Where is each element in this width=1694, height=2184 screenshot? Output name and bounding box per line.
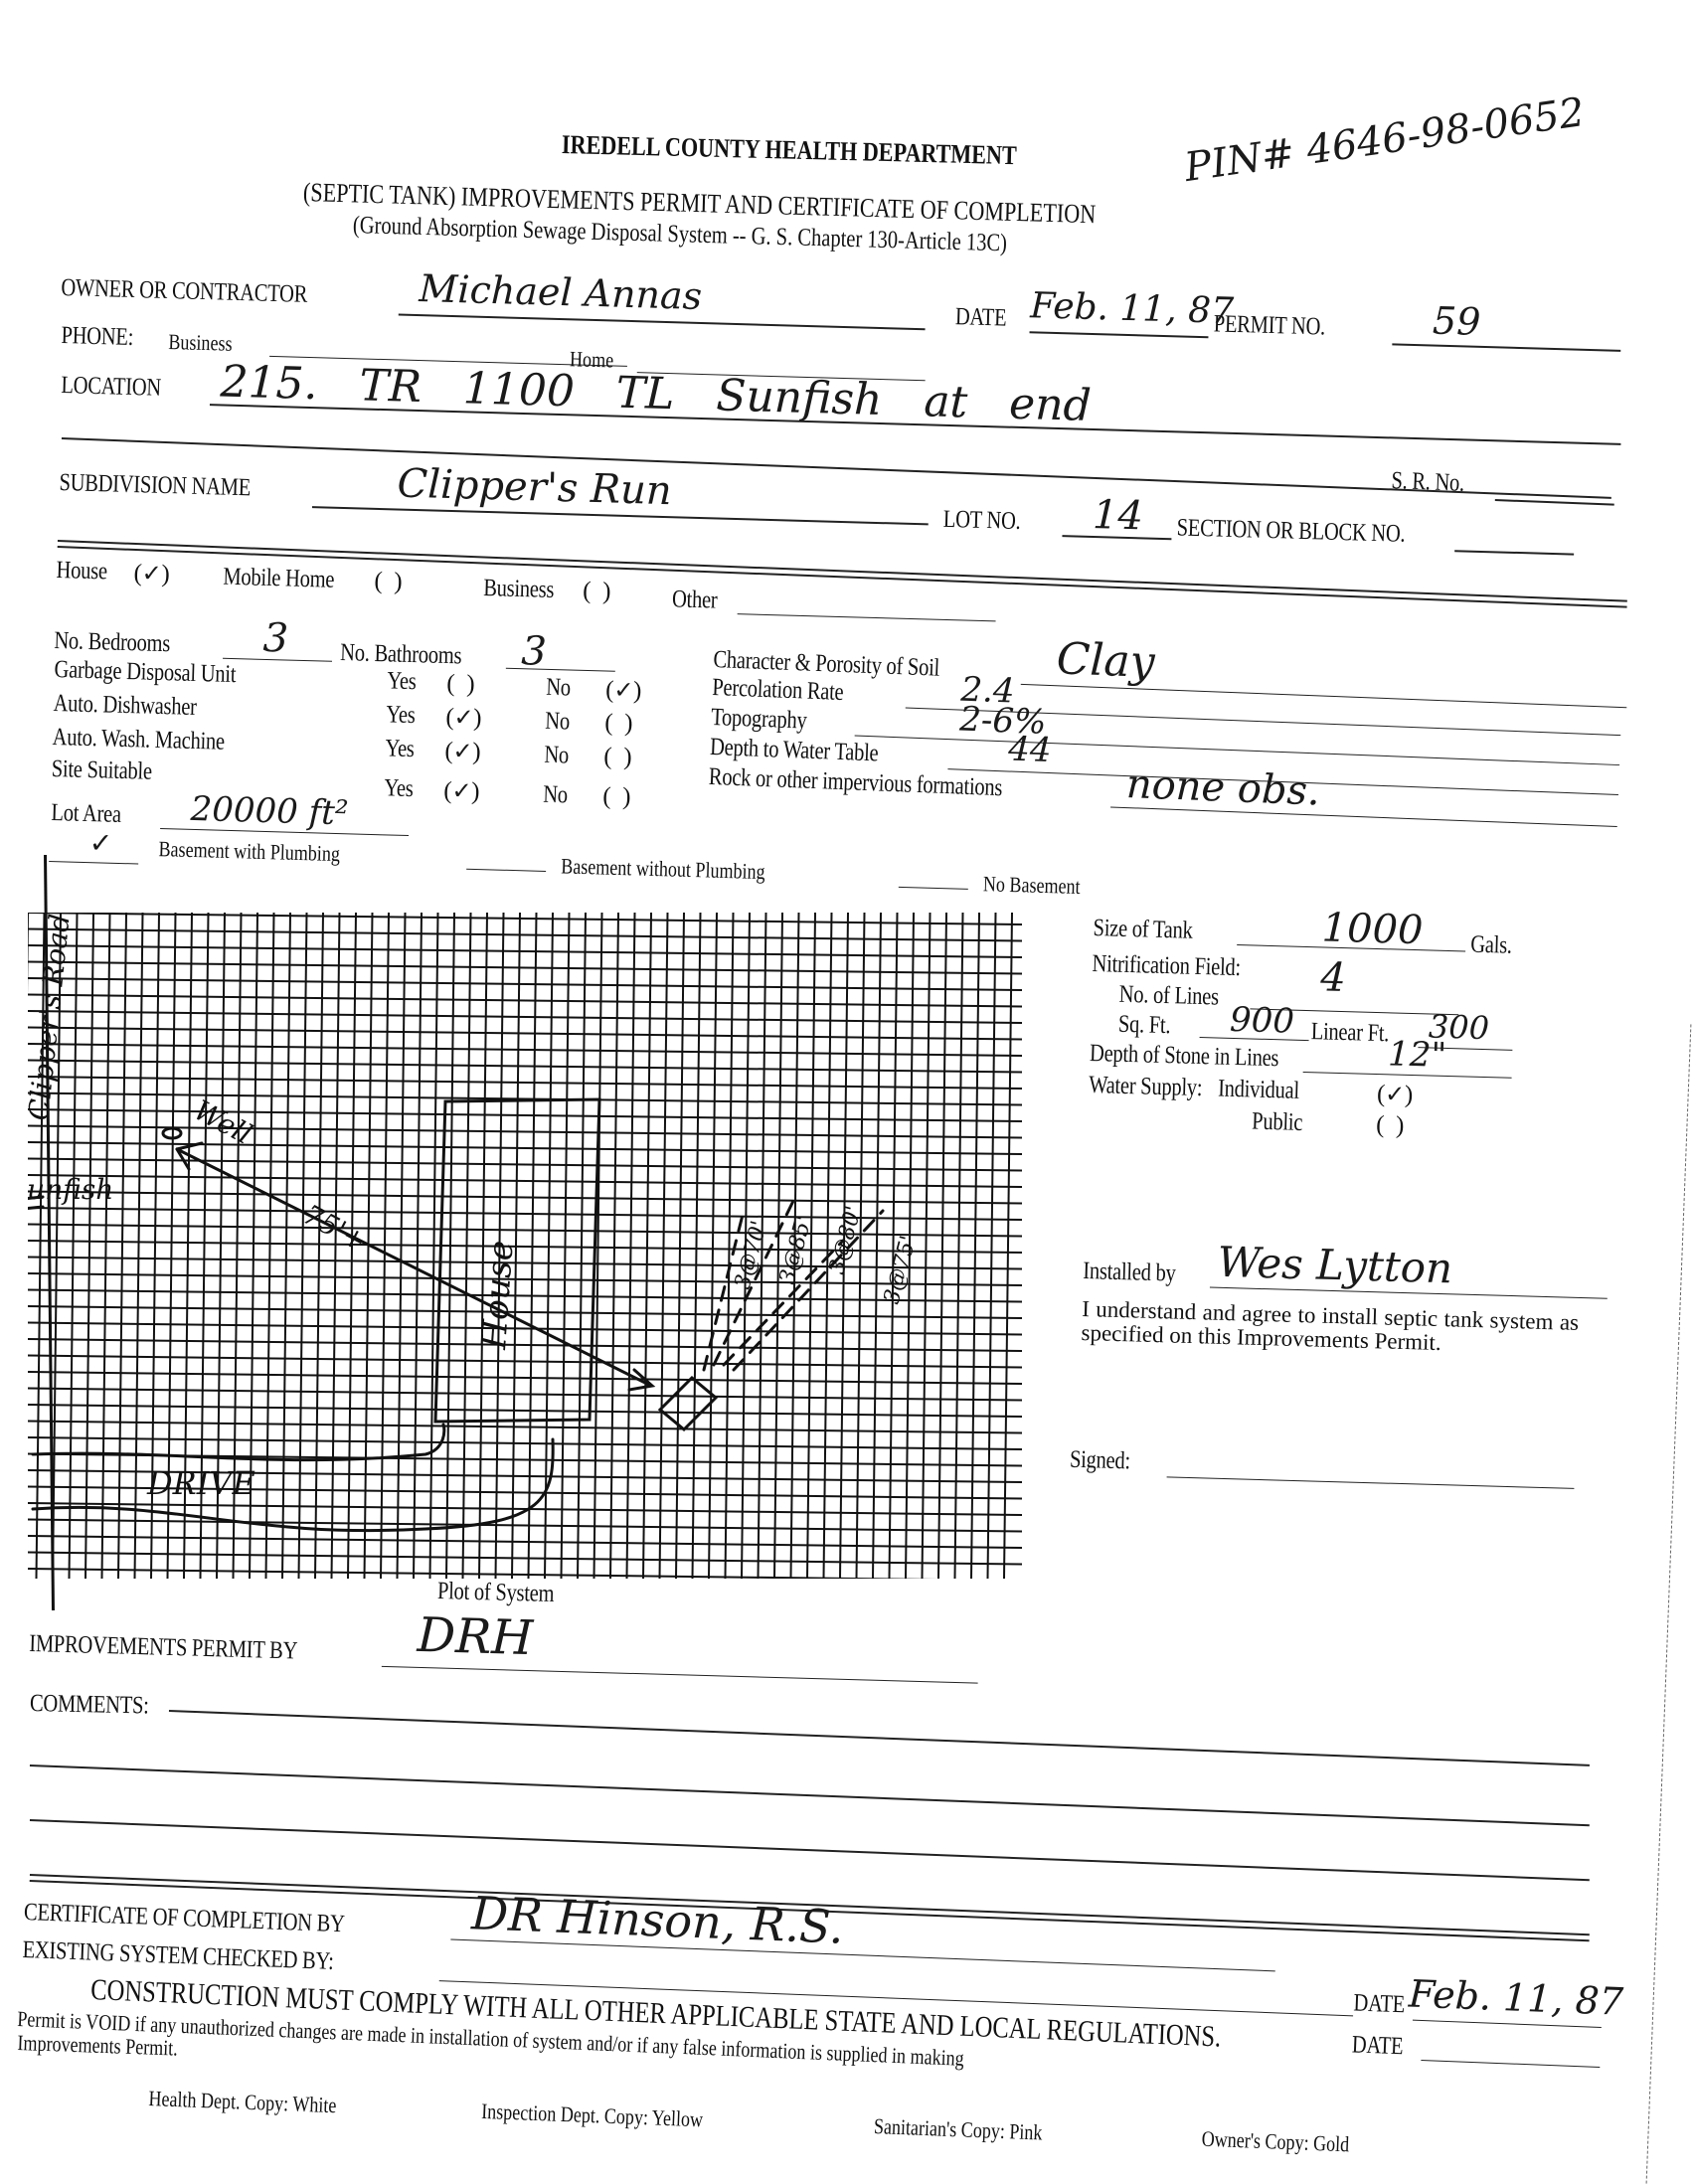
rock-value[interactable]: none obs. bbox=[1125, 761, 1321, 814]
house-label: House bbox=[56, 557, 107, 586]
mobile-home-label: Mobile Home bbox=[223, 564, 334, 594]
sqft-value[interactable]: 900 bbox=[1230, 1000, 1295, 1042]
certificate-date-label: DATE bbox=[1353, 1989, 1405, 2019]
department-title: IREDELL COUNTY HEALTH DEPARTMENT bbox=[562, 129, 1018, 171]
phone-business-label: Business bbox=[168, 329, 233, 357]
wash-machine-yes-checkbox[interactable]: (✓) bbox=[444, 737, 481, 766]
plot-label-road-horizontal: Sunfish bbox=[28, 1173, 113, 1206]
basement-without-plumbing-check[interactable] bbox=[466, 869, 546, 872]
individual-label: Individual bbox=[1218, 1076, 1300, 1105]
subdivision-label: SUBDIVISION NAME bbox=[59, 469, 251, 502]
tank-unit: Gals. bbox=[1470, 931, 1512, 960]
public-label: Public bbox=[1252, 1108, 1303, 1137]
comments-field-line-3[interactable] bbox=[30, 1819, 1590, 1881]
permit-by-value[interactable]: DRH bbox=[417, 1607, 534, 1666]
other-field[interactable] bbox=[738, 613, 996, 621]
permit-no-value[interactable]: 59 bbox=[1432, 299, 1481, 344]
bedrooms-value[interactable]: 3 bbox=[262, 615, 289, 662]
scan-edge bbox=[1646, 1024, 1692, 2183]
soil-character-value[interactable]: Clay bbox=[1056, 633, 1156, 688]
linear-ft-label: Linear Ft. bbox=[1310, 1018, 1389, 1048]
lot-area-label: Lot Area bbox=[51, 799, 121, 829]
location-label: LOCATION bbox=[61, 372, 161, 403]
owner-label: OWNER OR CONTRACTOR bbox=[61, 274, 307, 309]
certificate-date-value[interactable]: Feb. 11, 87 bbox=[1408, 1972, 1624, 2024]
water-table-value[interactable]: 44 bbox=[1007, 729, 1052, 770]
certificate-by-label: CERTIFICATE OF COMPLETION BY bbox=[24, 1899, 346, 1938]
installed-by-value[interactable]: Wes Lytton bbox=[1217, 1238, 1453, 1293]
other-label: Other bbox=[672, 586, 718, 614]
stone-depth-label: Depth of Stone in Lines bbox=[1090, 1040, 1279, 1073]
installer-agreement: I understand and agree to install septic… bbox=[1081, 1297, 1579, 1359]
copy-health-dept: Health Dept. Copy: White bbox=[148, 2086, 337, 2118]
basement-with-plumbing-label: Basement with Plumbing bbox=[158, 836, 340, 867]
sqft-label: Sq. Ft. bbox=[1118, 1011, 1171, 1040]
water-supply-label: Water Supply: bbox=[1089, 1072, 1203, 1102]
plot-label-road-vertical: Clipper's Road bbox=[28, 913, 77, 1122]
no-basement-check[interactable] bbox=[899, 887, 968, 890]
basement-without-plumbing-label: Basement without Plumbing bbox=[561, 853, 765, 885]
plot-label-house: House bbox=[474, 1240, 522, 1352]
basement-with-plumbing-check[interactable] bbox=[49, 861, 138, 865]
no-basement-label: No Basement bbox=[983, 871, 1081, 900]
comments-field-line-2[interactable] bbox=[30, 1764, 1590, 1826]
section-label: SECTION OR BLOCK NO. bbox=[1176, 514, 1405, 548]
plot-label-field-line-4: 3@75' bbox=[880, 1233, 922, 1306]
subdivision-value[interactable]: Clipper's Run bbox=[397, 460, 672, 514]
certificate-by-value[interactable]: DR Hinson, R.S. bbox=[470, 1886, 844, 1953]
house-checkbox[interactable]: (✓) bbox=[133, 559, 170, 588]
site-suitable-yes-checkbox[interactable]: (✓) bbox=[443, 776, 480, 806]
tank-size-label: Size of Tank bbox=[1093, 915, 1193, 945]
signed-field[interactable] bbox=[1167, 1476, 1575, 1488]
bathrooms-value[interactable]: 3 bbox=[521, 628, 548, 675]
water-table-label: Depth to Water Table bbox=[710, 734, 879, 767]
copy-owner: Owner's Copy: Gold bbox=[1201, 2126, 1349, 2158]
plot-caption: Plot of System bbox=[437, 1578, 555, 1608]
lot-no-label: LOT NO. bbox=[942, 506, 1020, 536]
soil-section: Character & Porosity of Soil Clay Percol… bbox=[706, 646, 1637, 881]
nitrification-field-label: Nitrification Field: bbox=[1092, 950, 1241, 982]
business-label: Business bbox=[483, 575, 555, 604]
date2-label: DATE bbox=[1351, 2031, 1403, 2061]
system-specs: Size of Tank 1000 Gals. Nitrification Fi… bbox=[1086, 915, 1650, 1209]
dishwasher-no-checkbox[interactable]: ( ) bbox=[604, 709, 633, 738]
lines-value[interactable]: 4 bbox=[1320, 954, 1347, 1001]
existing-system-label: EXISTING SYSTEM CHECKED BY: bbox=[22, 1936, 334, 1976]
pin-annotation: PIN# 4646-98-0652 bbox=[1182, 89, 1588, 191]
signed-label: Signed: bbox=[1070, 1446, 1131, 1476]
lines-label: No. of Lines bbox=[1118, 981, 1219, 1012]
void-notice-continued: Improvements Permit. bbox=[17, 2030, 178, 2062]
site-suitable-no-checkbox[interactable]: ( ) bbox=[602, 782, 631, 811]
copy-inspection-dept: Inspection Dept. Copy: Yellow bbox=[481, 2099, 704, 2133]
perc-rate-label: Percolation Rate bbox=[712, 674, 844, 707]
lot-area-value[interactable]: 20000 ft² bbox=[190, 789, 349, 833]
comments-label: COMMENTS: bbox=[30, 1690, 149, 1721]
mobile-home-checkbox[interactable]: ( ) bbox=[374, 568, 403, 596]
date-label: DATE bbox=[955, 303, 1007, 332]
dishwasher-yes-checkbox[interactable]: (✓) bbox=[445, 703, 482, 733]
owner-value[interactable]: Michael Annas bbox=[419, 266, 703, 318]
plot-of-system-grid: Clipper's Road Sunfish Well 75'+ House D… bbox=[28, 913, 1022, 1579]
sr-no-field[interactable] bbox=[1495, 499, 1614, 506]
permit-by-row: IMPROVEMENTS PERMIT BY DRH bbox=[28, 1620, 1023, 1708]
sr-no-label: S. R. No. bbox=[1391, 467, 1465, 498]
copy-distribution: Health Dept. Copy: White Inspection Dept… bbox=[147, 2086, 1540, 2179]
garbage-no-checkbox[interactable]: (✓) bbox=[605, 675, 642, 705]
plot-label-drive: DRIVE bbox=[146, 1464, 255, 1502]
date2-field[interactable] bbox=[1421, 2060, 1600, 2068]
individual-checkbox[interactable]: (✓) bbox=[1377, 1080, 1414, 1109]
date-value[interactable]: Feb. 11, 87 bbox=[1030, 285, 1235, 332]
installed-by-label: Installed by bbox=[1083, 1258, 1176, 1288]
phone-label: PHONE: bbox=[61, 322, 133, 352]
section-field[interactable] bbox=[1454, 550, 1574, 555]
public-checkbox[interactable]: ( ) bbox=[1376, 1111, 1405, 1140]
permit-by-label: IMPROVEMENTS PERMIT BY bbox=[29, 1630, 298, 1666]
installer-section: Installed by Wes Lytton I understand and… bbox=[1077, 1248, 1639, 1502]
permit-no-label: PERMIT NO. bbox=[1213, 310, 1325, 341]
lot-no-value[interactable]: 14 bbox=[1092, 492, 1143, 539]
tank-size-value[interactable]: 1000 bbox=[1321, 905, 1424, 953]
business-checkbox[interactable]: ( ) bbox=[583, 578, 611, 606]
bedrooms-label: No. Bedrooms bbox=[54, 627, 170, 658]
topography-label: Topography bbox=[711, 704, 807, 736]
comments-field-line-1[interactable] bbox=[169, 1710, 1590, 1766]
garbage-yes-checkbox[interactable]: ( ) bbox=[446, 669, 475, 699]
wash-machine-no-checkbox[interactable]: ( ) bbox=[603, 743, 632, 771]
stone-depth-value[interactable]: 12" bbox=[1388, 1034, 1447, 1076]
copy-sanitarian: Sanitarian's Copy: Pink bbox=[873, 2113, 1042, 2145]
